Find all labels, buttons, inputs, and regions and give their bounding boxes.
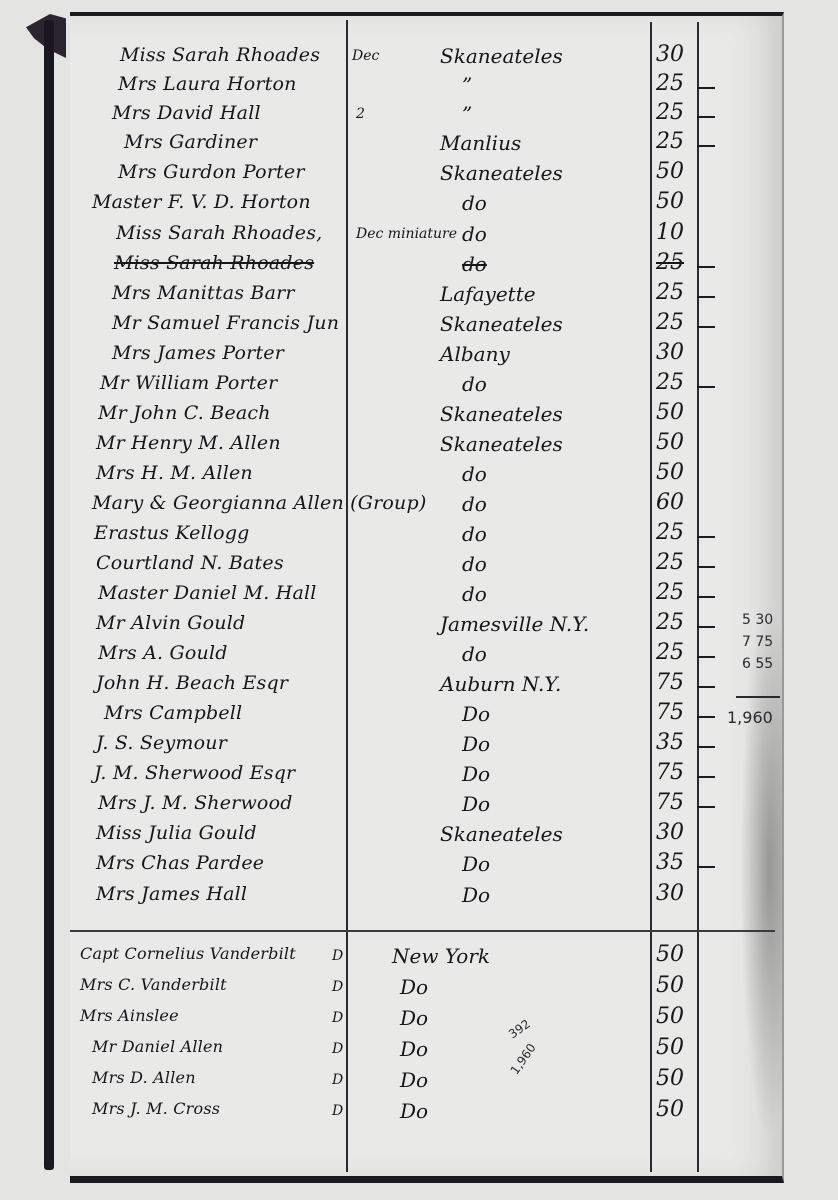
entry-place: Albany [440, 342, 510, 366]
ledger-row: John H. Beach EsqrAuburn N.Y.75 [0, 672, 838, 702]
amount-tick-mark [697, 536, 715, 538]
entry-place: Do [400, 1037, 428, 1061]
entry-amount: 25 [656, 100, 696, 125]
entry-place: Do [400, 975, 428, 999]
ledger-row: Miss Sarah Rhoades,Dec miniaturedo10 [0, 222, 838, 252]
entry-amount: 50 [656, 973, 696, 998]
entry-name: Master Daniel M. Hall [98, 582, 317, 604]
entry-name: Mrs H. M. Allen [96, 462, 253, 484]
entry-amount: 35 [656, 850, 696, 875]
amount-tick-mark [697, 266, 715, 268]
ledger-row: Capt Cornelius VanderbiltDNew York50 [0, 944, 838, 974]
entry-amount: 10 [656, 220, 696, 245]
entry-place: Skaneateles [440, 402, 563, 426]
entry-amount: 25 [656, 71, 696, 96]
entry-place: do [462, 462, 487, 486]
entry-amount: 50 [656, 1066, 696, 1091]
entry-amount: 25 [656, 640, 696, 665]
entry-name: Mrs D. Allen [92, 1068, 196, 1087]
entry-amount: 25 [656, 370, 696, 395]
entry-place: do [462, 552, 487, 576]
entry-amount: 35 [656, 730, 696, 755]
entry-name: Miss Sarah Rhoades [114, 252, 314, 274]
entry-name: Mrs Chas Pardee [96, 852, 264, 874]
section-divider [70, 930, 775, 932]
entry-place: Do [462, 852, 490, 876]
entry-place: New York [392, 944, 490, 968]
entry-amount: 50 [656, 1035, 696, 1060]
amount-tick-mark [697, 686, 715, 688]
entry-code: D [332, 1010, 343, 1026]
entry-place: Do [462, 732, 490, 756]
entry-amount: 50 [656, 400, 696, 425]
amount-tick-mark [697, 746, 715, 748]
ledger-row: Mrs H. M. Allendo50 [0, 462, 838, 492]
entry-place: Auburn N.Y. [440, 672, 561, 696]
ledger-row: Mrs David Hall2”25 [0, 102, 838, 132]
amount-tick-mark [697, 806, 715, 808]
entry-name: John H. Beach Esqr [96, 672, 288, 694]
entry-name: Mr Daniel Allen [92, 1037, 223, 1056]
ledger-row: Mrs J. M. SherwoodDo75 [0, 792, 838, 822]
entry-name: Miss Julia Gould [96, 822, 257, 844]
entry-code: D [332, 979, 343, 995]
ledger-row: Mr Henry M. AllenSkaneateles50 [0, 432, 838, 462]
entry-name: Mrs Ainslee [80, 1006, 179, 1025]
ledger-row: Mrs Gurdon PorterSkaneateles50 [0, 161, 838, 191]
entry-place: Do [400, 1068, 428, 1092]
entry-name: Mr Samuel Francis Jun [112, 312, 339, 334]
entry-place: Do [462, 883, 490, 907]
entry-code: Dec [352, 48, 379, 64]
entry-name: Mr Alvin Gould [96, 612, 245, 634]
ledger-row: Mr Daniel AllenDDo50 [0, 1037, 838, 1067]
ledger-row: Miss Julia GouldSkaneateles30 [0, 822, 838, 852]
ledger-row: Mrs C. VanderbiltDDo50 [0, 975, 838, 1005]
amount-tick-mark [697, 596, 715, 598]
ledger-row: Mr John C. BeachSkaneateles50 [0, 402, 838, 432]
entry-amount: 25 [656, 550, 696, 575]
tally-line: 5 30 [742, 612, 773, 628]
amount-tick-mark [697, 326, 715, 328]
entry-amount: 25 [656, 310, 696, 335]
entry-code: 2 [356, 106, 365, 122]
entry-name: Mrs J. M. Sherwood [98, 792, 293, 814]
entry-name: Mrs Campbell [104, 702, 242, 724]
ledger-row: Mr Alvin GouldJamesville N.Y.25 [0, 612, 838, 642]
entry-place: do [462, 582, 487, 606]
entry-name: Mrs Gardiner [124, 131, 257, 153]
entry-amount: 75 [656, 670, 696, 695]
amount-tick-mark [697, 296, 715, 298]
entry-name: Erastus Kellogg [94, 522, 250, 544]
amount-tick-mark [697, 145, 715, 147]
entry-name: Mrs J. M. Cross [92, 1099, 220, 1118]
entry-name: Capt Cornelius Vanderbilt [80, 944, 296, 963]
entry-amount: 30 [656, 42, 696, 67]
entry-amount: 50 [656, 1097, 696, 1122]
tally-sum-rule [736, 696, 780, 698]
ledger-row: Mrs J. M. CrossDDo50 [0, 1099, 838, 1129]
entry-name: Mrs Gurdon Porter [118, 161, 305, 183]
ledger-row: J. S. SeymourDo35 [0, 732, 838, 762]
ledger-row: Mrs D. AllenDDo50 [0, 1068, 838, 1098]
ledger-row: J. M. Sherwood EsqrDo75 [0, 762, 838, 792]
entry-amount: 25 [656, 610, 696, 635]
tally-total: 1,960 [727, 708, 773, 727]
entry-place: do [462, 522, 487, 546]
entry-amount: 60 [656, 490, 696, 515]
entry-amount: 50 [656, 460, 696, 485]
entry-name: Courtland N. Bates [96, 552, 284, 574]
entry-name: Miss Sarah Rhoades [120, 44, 320, 66]
entry-place: Skaneateles [440, 44, 563, 68]
entry-name: Mrs Manittas Barr [112, 282, 295, 304]
entry-name: Mrs James Porter [112, 342, 284, 364]
tally-line: 7 75 [742, 634, 773, 650]
entry-amount: 50 [656, 430, 696, 455]
entry-name: Mrs Laura Horton [118, 73, 297, 95]
entry-amount: 30 [656, 820, 696, 845]
entry-place: Do [462, 792, 490, 816]
tally-line: 6 55 [742, 656, 773, 672]
entry-place: Skaneateles [440, 432, 563, 456]
entry-name: Mrs James Hall [96, 883, 247, 905]
entry-amount: 30 [656, 340, 696, 365]
entry-place: Do [400, 1099, 428, 1123]
ledger-row: Master F. V. D. Hortondo50 [0, 191, 838, 221]
entry-amount: 25 [656, 129, 696, 154]
entry-place: do [462, 191, 487, 215]
amount-tick-mark [697, 716, 715, 718]
entry-place: Do [462, 702, 490, 726]
ledger-row: Mrs James PorterAlbany30 [0, 342, 838, 372]
entry-place: Manlius [440, 131, 521, 155]
entry-name: Mrs David Hall [112, 102, 261, 124]
ledger-row: Mr William Porterdo25 [0, 372, 838, 402]
entry-code: D [332, 1041, 343, 1057]
entry-place: Skaneateles [440, 822, 563, 846]
ledger-row: Miss Sarah RhoadesDecSkaneateles30 [0, 44, 838, 74]
entry-amount: 30 [656, 881, 696, 906]
entry-place: do [462, 252, 487, 276]
entry-name: Mr William Porter [100, 372, 277, 394]
entry-code: D [332, 1072, 343, 1088]
entry-place: Do [400, 1006, 428, 1030]
ledger-row: Mrs James HallDo30 [0, 883, 838, 913]
entry-name: J. M. Sherwood Esqr [94, 762, 295, 784]
entry-code: Dec miniature [356, 226, 457, 242]
entry-amount: 75 [656, 790, 696, 815]
ledger-row: Courtland N. Batesdo25 [0, 552, 838, 582]
amount-tick-mark [697, 626, 715, 628]
entry-place: Jamesville N.Y. [440, 612, 589, 636]
ledger-row: Mrs Laura Horton”25 [0, 73, 838, 103]
ledger-row: Master Daniel M. Halldo25 [0, 582, 838, 612]
ledger-row: Mary & Georgianna Allen (Group)do60 [0, 492, 838, 522]
entry-name: Mrs A. Gould [98, 642, 228, 664]
entry-name: J. S. Seymour [96, 732, 227, 754]
entry-code: D [332, 948, 343, 964]
entry-place: Skaneateles [440, 161, 563, 185]
entry-amount: 75 [656, 700, 696, 725]
entry-amount: 25 [656, 250, 696, 275]
entry-amount: 75 [656, 760, 696, 785]
entry-place: do [462, 222, 487, 246]
amount-tick-mark [697, 866, 715, 868]
entry-name: Miss Sarah Rhoades, [116, 222, 322, 244]
entry-amount: 25 [656, 280, 696, 305]
ledger-row: Erastus Kelloggdo25 [0, 522, 838, 552]
ledger-row: Mrs AinsleeDDo50 [0, 1006, 838, 1036]
ledger-row: Mrs GardinerManlius25 [0, 131, 838, 161]
entry-place: Lafayette [440, 282, 536, 306]
entry-name: Mr Henry M. Allen [96, 432, 281, 454]
entry-amount: 25 [656, 520, 696, 545]
amount-tick-mark [697, 386, 715, 388]
entry-place: do [462, 642, 487, 666]
amount-tick-mark [697, 656, 715, 658]
entry-place: do [462, 492, 487, 516]
entry-place: ” [462, 73, 472, 97]
entry-name: Master F. V. D. Horton [92, 191, 311, 213]
entry-place: ” [462, 102, 472, 126]
amount-tick-mark [697, 87, 715, 89]
ledger-row: Mr Samuel Francis JunSkaneateles25 [0, 312, 838, 342]
entry-code: D [332, 1103, 343, 1119]
entry-amount: 25 [656, 580, 696, 605]
entry-name: Mrs C. Vanderbilt [80, 975, 227, 994]
entry-place: do [462, 372, 487, 396]
ledger-row: Miss Sarah Rhoadesdo25 [0, 252, 838, 282]
amount-tick-mark [697, 776, 715, 778]
entry-amount: 50 [656, 159, 696, 184]
entry-place: Do [462, 762, 490, 786]
entry-amount: 50 [656, 189, 696, 214]
amount-tick-mark [697, 566, 715, 568]
ledger-row: Mrs CampbellDo75 [0, 702, 838, 732]
entry-amount: 50 [656, 1004, 696, 1029]
ledger-row: Mrs A. Goulddo25 [0, 642, 838, 672]
entry-amount: 50 [656, 942, 696, 967]
ledger-row: Mrs Manittas BarrLafayette25 [0, 282, 838, 312]
amount-tick-mark [697, 116, 715, 118]
ledger-row: Mrs Chas PardeeDo35 [0, 852, 838, 882]
entry-place: Skaneateles [440, 312, 563, 336]
entry-name: Mr John C. Beach [98, 402, 271, 424]
entry-name: Mary & Georgianna Allen (Group) [92, 492, 426, 514]
